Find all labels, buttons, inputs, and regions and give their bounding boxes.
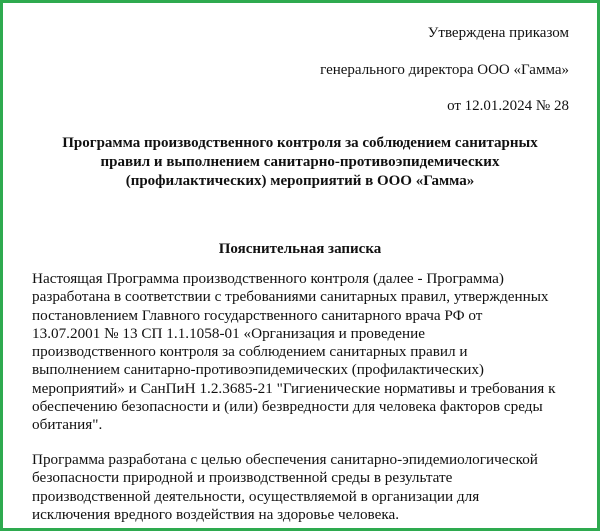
paragraph-line: исключения вредного воздействия на здоро… bbox=[32, 506, 581, 524]
paragraph-line: мероприятий» и СанПиН 1.2.3685-21 "Гигие… bbox=[32, 380, 581, 398]
paragraph-line: постановлением Главного государственного… bbox=[32, 307, 581, 325]
paragraph-line: производственной деятельности, осуществл… bbox=[32, 488, 581, 506]
title-line: (профилактических) мероприятий в ООО «Га… bbox=[23, 172, 577, 191]
paragraph-line: обеспечению безопасности и (или) безвред… bbox=[32, 398, 581, 416]
paragraph-explanatory: Настоящая Программа производственного ко… bbox=[32, 270, 581, 435]
paragraph-purpose: Программа разработана с целью обеспечени… bbox=[32, 451, 581, 524]
document-title: Программа производственного контроля за … bbox=[23, 134, 577, 191]
title-line: правил и выполнением санитарно-противоэп… bbox=[23, 153, 577, 172]
paragraph-line: обитания". bbox=[32, 416, 581, 434]
document-frame: Утверждена приказом генерального директо… bbox=[0, 0, 600, 531]
approval-line-order: Утверждена приказом bbox=[428, 24, 569, 42]
section-heading: Пояснительная записка bbox=[23, 240, 577, 258]
approval-line-director: генерального директора ООО «Гамма» bbox=[320, 61, 569, 79]
approval-line-date: от 12.01.2024 № 28 bbox=[447, 97, 569, 115]
paragraph-line: выполнением санитарно-противоэпидемическ… bbox=[32, 361, 581, 379]
paragraph-line: безопасности природной и производственно… bbox=[32, 469, 581, 487]
paragraph-line: производственного контроля за соблюдение… bbox=[32, 343, 581, 361]
title-line: Программа производственного контроля за … bbox=[23, 134, 577, 153]
paragraph-line: Программа разработана с целью обеспечени… bbox=[32, 451, 581, 469]
paragraph-line: 13.07.2001 № 13 СП 1.1.1058-01 «Организа… bbox=[32, 325, 581, 343]
paragraph-line: Настоящая Программа производственного ко… bbox=[32, 270, 581, 288]
paragraph-line: разработана в соответствии с требованиям… bbox=[32, 288, 581, 306]
